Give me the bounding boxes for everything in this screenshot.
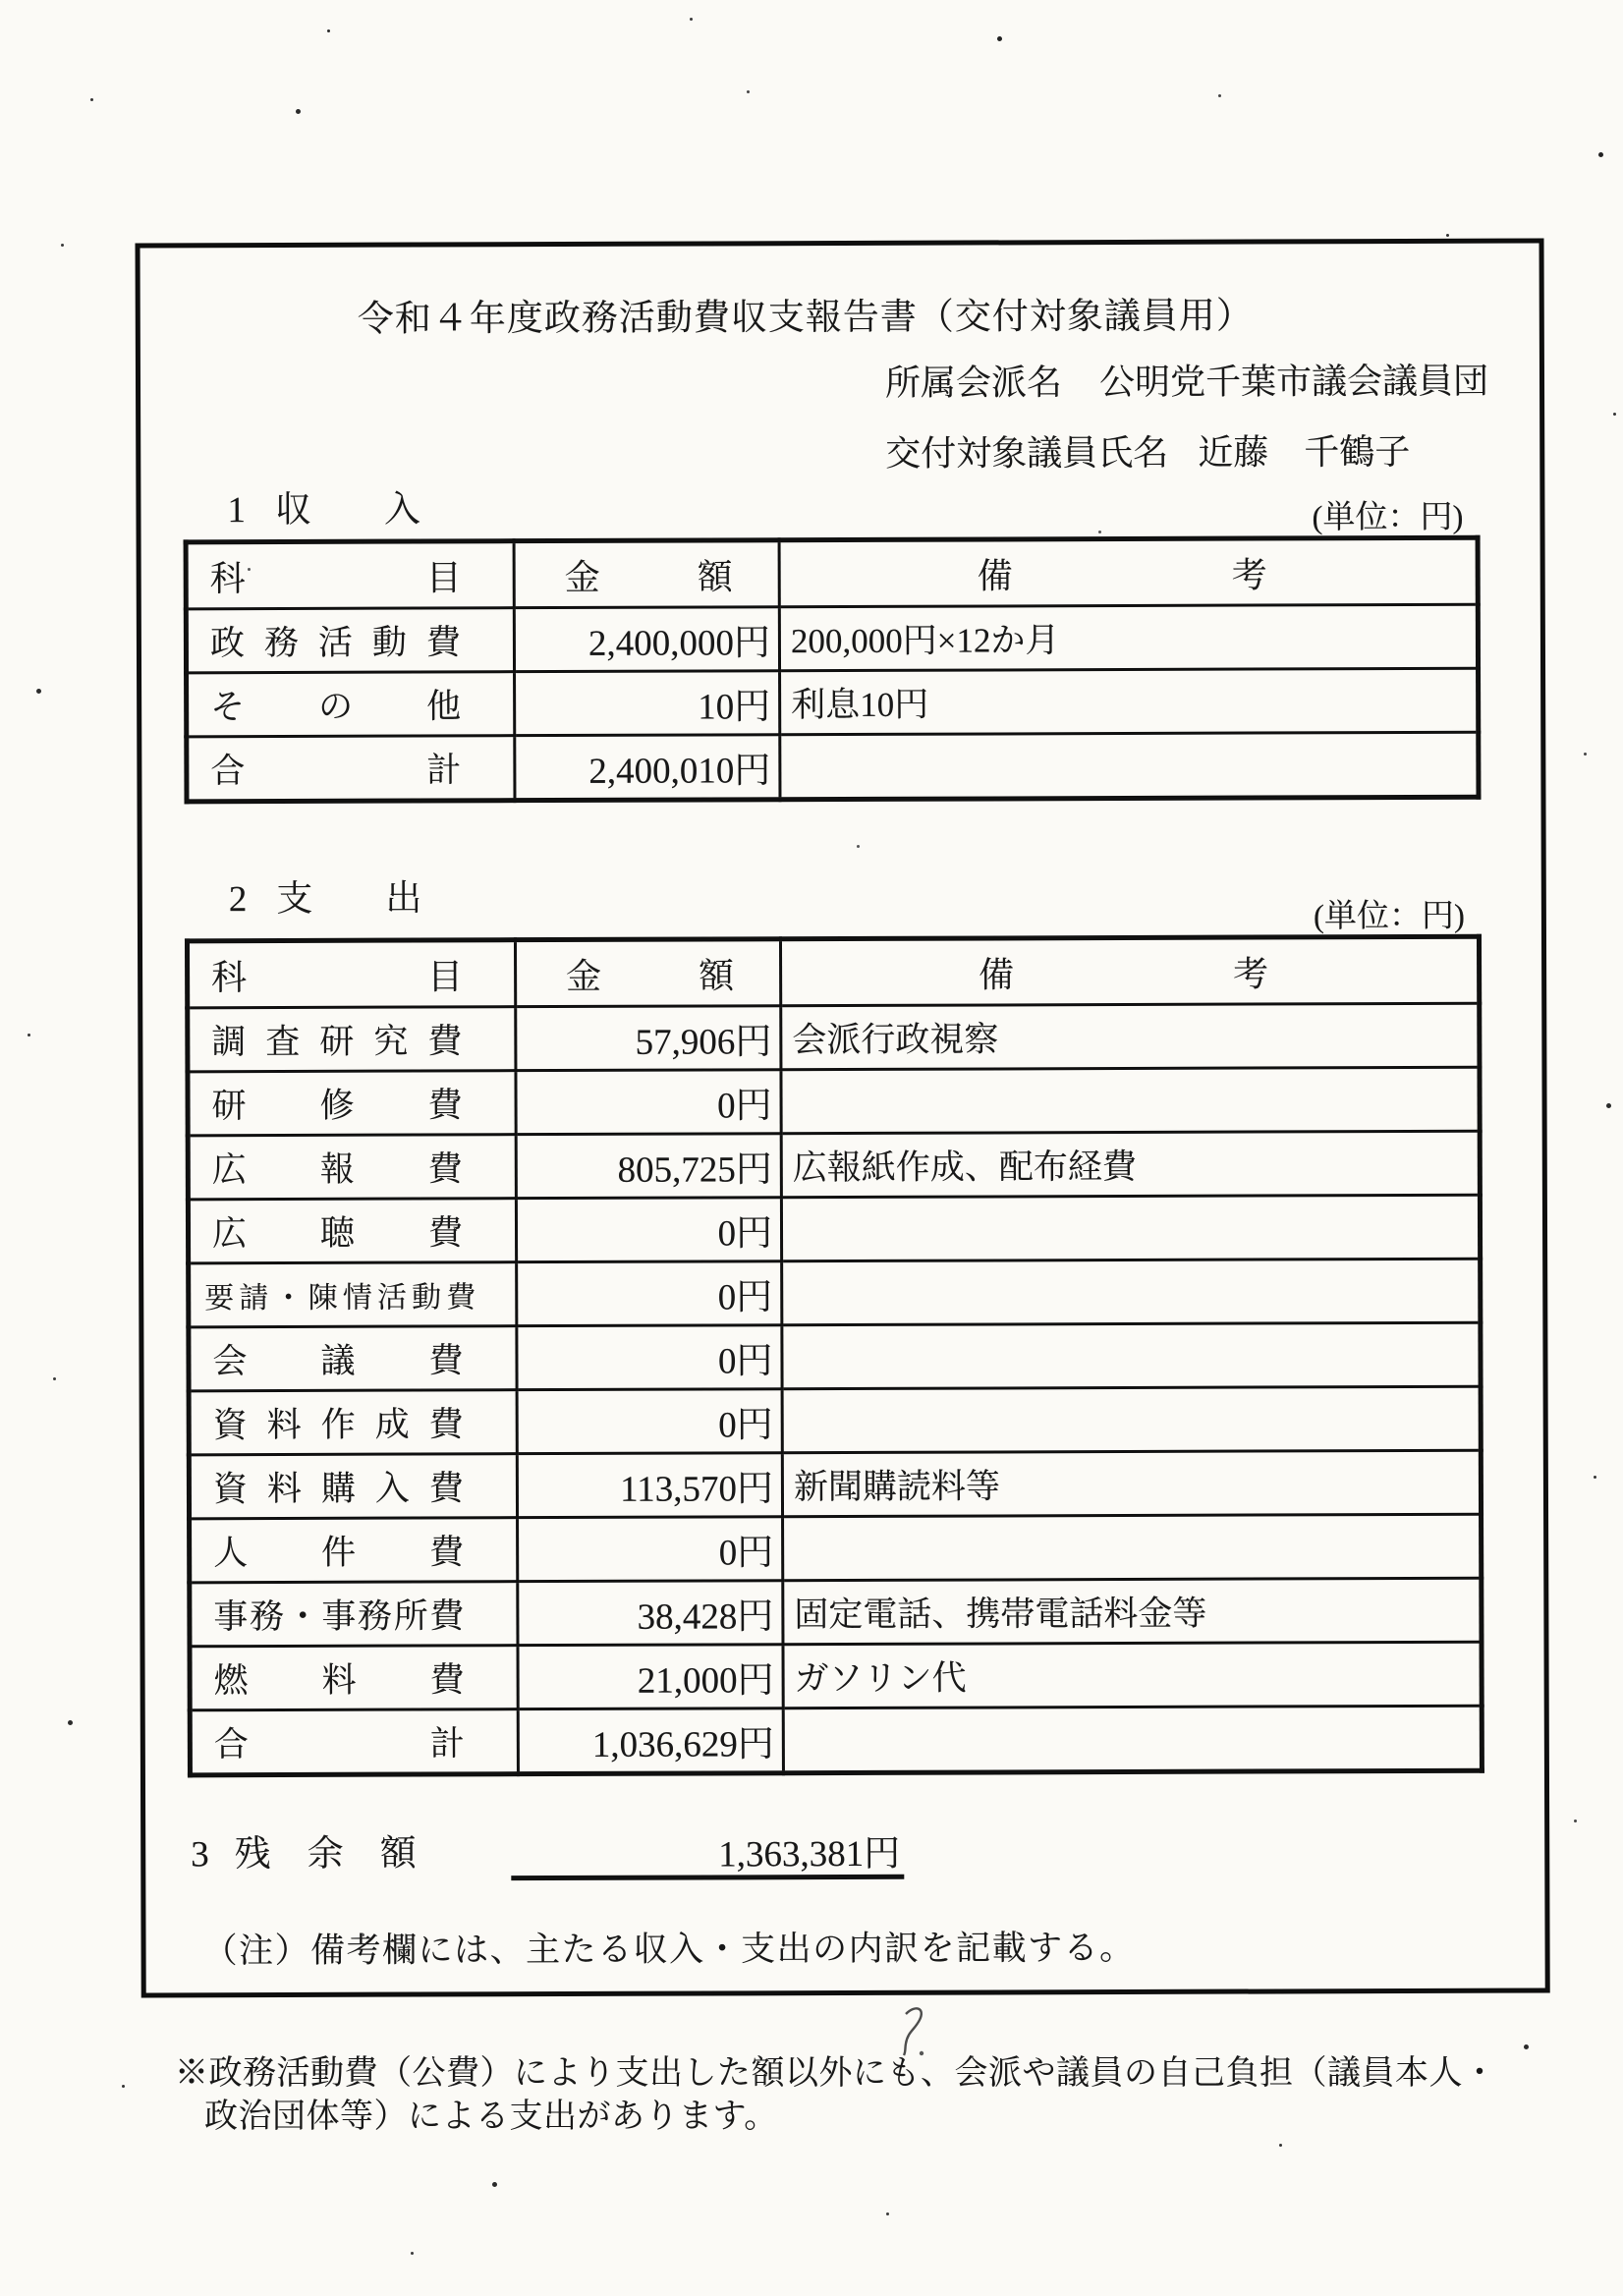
remark-cell bbox=[782, 1386, 1481, 1452]
table-row: 広聴費 0円 bbox=[188, 1195, 1480, 1263]
item-cell: 合計 bbox=[193, 1716, 517, 1766]
table-row: 合計 2,400,010円 bbox=[187, 732, 1479, 802]
scan-noise bbox=[0, 0, 3, 3]
remark-cell: 広報紙作成、配布経費 bbox=[781, 1131, 1480, 1197]
income-col-item: 科目 bbox=[189, 550, 513, 601]
expense-header-row: 科目 金額 備考 bbox=[187, 936, 1479, 1008]
income-col-amount: 金額 bbox=[516, 549, 778, 600]
expense-section-title: 支 出 bbox=[276, 878, 421, 920]
remark-cell: 新聞購読料等 bbox=[782, 1450, 1481, 1516]
table-row: 会議費 0円 bbox=[189, 1322, 1481, 1391]
expense-col-remark: 備考 bbox=[782, 945, 1477, 997]
amount-cell: 38,428円 bbox=[518, 1581, 783, 1646]
item-cell: 広報費 bbox=[191, 1142, 515, 1192]
amount-cell: 10円 bbox=[515, 671, 780, 736]
income-col-remark: 備考 bbox=[781, 546, 1476, 598]
member-line: 交付対象議員氏名近藤 千鶴子 bbox=[885, 424, 1410, 476]
income-unit-note: (単位：円) bbox=[1312, 491, 1463, 538]
note-text: （注）備考欄には、主たる収入・支出の内訳を記載する。 bbox=[202, 1921, 1135, 1973]
remark-cell bbox=[781, 1195, 1480, 1260]
amount-cell: 2,400,010円 bbox=[515, 735, 780, 801]
remark-cell bbox=[783, 1706, 1482, 1772]
item-cell: 要請・陳情活動費 bbox=[191, 1272, 515, 1316]
remark-cell bbox=[780, 732, 1479, 799]
item-cell: その他 bbox=[189, 679, 513, 729]
item-cell: 燃料費 bbox=[193, 1652, 517, 1703]
item-cell: 政務活動費 bbox=[189, 615, 513, 665]
amount-cell: 0円 bbox=[517, 1325, 782, 1390]
amount-cell: 0円 bbox=[517, 1261, 782, 1326]
footnote-line-1: ※政務活動費（公費）により支出した額以外にも、会派や議員の自己負担（議員本人・ bbox=[175, 2045, 1497, 2094]
item-cell: 事務・事務所費 bbox=[192, 1589, 516, 1639]
expense-table: 科目 金額 備考 調査研究費 57,906円 会派行政視察 研修費 0円 広報費… bbox=[185, 934, 1484, 1778]
faction-line: 所属会派名公明党千葉市議会議員団 bbox=[885, 354, 1488, 406]
item-cell: 研修費 bbox=[190, 1078, 514, 1128]
item-cell: 資料購入費 bbox=[192, 1461, 516, 1511]
item-cell: 資料作成費 bbox=[192, 1397, 516, 1447]
residual-section-title: 残 余 額 bbox=[235, 1834, 417, 1876]
table-row: 資料作成費 0円 bbox=[189, 1386, 1481, 1455]
table-row: 広報費 805,725円 広報紙作成、配布経費 bbox=[188, 1131, 1480, 1200]
expense-unit-note: (単位：円) bbox=[1314, 890, 1465, 937]
amount-cell: 57,906円 bbox=[516, 1006, 781, 1071]
amount-cell: 21,000円 bbox=[518, 1645, 783, 1709]
income-section-title: 収 入 bbox=[275, 489, 420, 531]
expense-section-heading: 2支 出 bbox=[229, 868, 422, 922]
expense-col-item: 科目 bbox=[190, 949, 514, 1000]
expense-section-number: 2 bbox=[229, 879, 248, 920]
remark-cell: 会派行政視察 bbox=[781, 1003, 1480, 1069]
remark-cell bbox=[783, 1514, 1482, 1580]
footnote-line-2: 政治団体等）による支出があります。 bbox=[204, 2089, 778, 2137]
table-row: 研修費 0円 bbox=[188, 1067, 1480, 1136]
amount-cell: 805,725円 bbox=[516, 1134, 781, 1199]
table-row: 資料購入費 113,570円 新聞購読料等 bbox=[189, 1450, 1481, 1519]
expense-col-amount: 金額 bbox=[517, 948, 779, 999]
report-border-box: 令和４年度政務活動費収支報告書（交付対象議員用） 所属会派名公明党千葉市議会議員… bbox=[136, 239, 1550, 1998]
remark-cell: 固定電話、携帯電話料金等 bbox=[783, 1578, 1482, 1644]
item-cell: 人件費 bbox=[192, 1525, 516, 1575]
table-row: 合計 1,036,629円 bbox=[190, 1706, 1482, 1775]
faction-label: 所属会派名 bbox=[885, 363, 1062, 403]
table-row: 調査研究費 57,906円 会派行政視察 bbox=[188, 1003, 1480, 1072]
residual-amount: 1,363,381円 bbox=[511, 1823, 906, 1877]
remark-cell bbox=[782, 1322, 1481, 1388]
income-section-number: 1 bbox=[227, 490, 246, 531]
amount-cell: 0円 bbox=[516, 1070, 781, 1135]
scanned-report-page: 令和４年度政務活動費収支報告書（交付対象議員用） 所属会派名公明党千葉市議会議員… bbox=[0, 0, 1623, 2296]
residual-section-number: 3 bbox=[191, 1834, 209, 1875]
amount-cell: 0円 bbox=[517, 1389, 782, 1454]
item-cell: 会議費 bbox=[191, 1333, 515, 1383]
amount-cell: 0円 bbox=[516, 1198, 781, 1262]
remark-cell: ガソリン代 bbox=[783, 1642, 1482, 1708]
item-cell: 合計 bbox=[189, 743, 513, 793]
income-section-heading: 1収 入 bbox=[227, 478, 420, 532]
amount-cell: 113,570円 bbox=[517, 1453, 782, 1518]
amount-cell: 1,036,629円 bbox=[518, 1708, 783, 1774]
table-row: 燃料費 21,000円 ガソリン代 bbox=[190, 1642, 1482, 1710]
item-cell: 広聴費 bbox=[191, 1205, 515, 1256]
report-title: 令和４年度政務活動費収支報告書（交付対象議員用） bbox=[140, 285, 1471, 343]
remark-cell: 200,000円×12か月 bbox=[779, 604, 1478, 670]
remark-cell bbox=[782, 1259, 1481, 1324]
item-cell: 調査研究費 bbox=[190, 1014, 514, 1064]
member-name: 近藤 千鶴子 bbox=[1198, 432, 1410, 473]
income-table: 科目 金額 備考 政務活動費 2,400,000円 200,000円×12か月 … bbox=[184, 535, 1482, 805]
faction-name: 公明党千葉市議会議員団 bbox=[1099, 362, 1488, 402]
remark-cell: 利息10円 bbox=[780, 668, 1479, 734]
member-label: 交付対象議員氏名 bbox=[885, 433, 1168, 474]
residual-section-heading: 3残 余 額 bbox=[191, 1823, 417, 1877]
table-row: 人件費 0円 bbox=[190, 1514, 1482, 1583]
table-row: 事務・事務所費 38,428円 固定電話、携帯電話料金等 bbox=[190, 1578, 1482, 1647]
amount-cell: 2,400,000円 bbox=[514, 607, 779, 672]
remark-cell bbox=[781, 1067, 1480, 1133]
table-row: 政務活動費 2,400,000円 200,000円×12か月 bbox=[186, 604, 1478, 673]
table-row: 要請・陳情活動費 0円 bbox=[189, 1259, 1481, 1327]
income-header-row: 科目 金額 備考 bbox=[186, 537, 1478, 609]
amount-cell: 0円 bbox=[518, 1517, 783, 1582]
table-row: その他 10円 利息10円 bbox=[187, 668, 1479, 737]
residual-underline bbox=[511, 1875, 904, 1880]
